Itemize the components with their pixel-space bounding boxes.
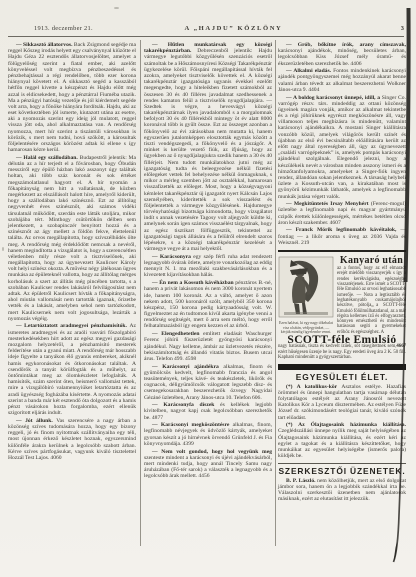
- scan-speck: [114, 7, 119, 9]
- newspaper-page: 1913. deczember 21. A „HAJDU” KÖZLÖNY 3 …: [0, 0, 416, 577]
- page-edge-artifact: [0, 0, 416, 577]
- scan-speck: [371, 305, 374, 307]
- scan-speck: [2, 247, 4, 251]
